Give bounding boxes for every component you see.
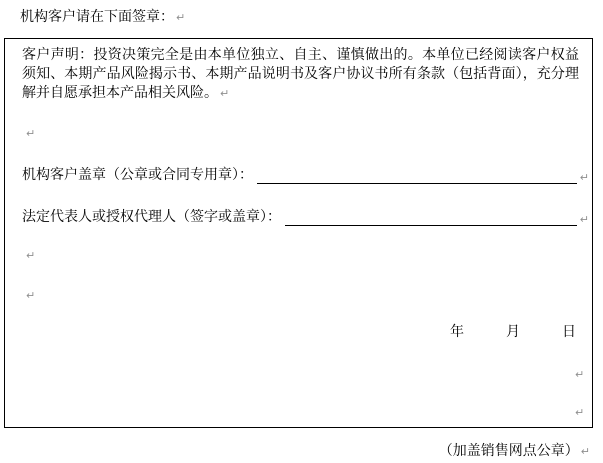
sales-outlet-seal-note: （加盖销售网点公章）↵	[439, 440, 590, 460]
paragraph-mark-icon: ↵	[573, 368, 584, 381]
client-declaration: 客户声明：投资决策完全是由本单位独立、自主、谨慎做出的。本单位已经阅读客户权益须…	[22, 46, 579, 103]
representative-field-row: 法定代表人或授权代理人（签字或盖章）： ↵	[22, 206, 589, 226]
paragraph-mark-icon: ↵	[579, 445, 590, 458]
date-month-label: 月	[506, 321, 520, 341]
paragraph-mark-icon: ↵	[577, 213, 589, 226]
stamp-field-label: 机构客户盖章（公章或合同专用章）：	[22, 164, 257, 184]
date-year-label: 年	[450, 321, 464, 341]
document-page: 机构客户请在下面签章：↵ 客户声明：投资决策完全是由本单位独立、自主、谨慎做出的…	[0, 0, 603, 463]
client-declaration-text: 客户声明：投资决策完全是由本单位独立、自主、谨慎做出的。本单位已经阅读客户权益须…	[22, 48, 579, 101]
declaration-box: 客户声明：投资决策完全是由本单位独立、自主、谨慎做出的。本单位已经阅读客户权益须…	[4, 38, 593, 428]
sales-outlet-seal-note-text: （加盖销售网点公章）	[439, 444, 579, 459]
empty-paragraph: ↵	[24, 248, 35, 264]
paragraph-mark-icon: ↵	[573, 406, 584, 419]
signing-instruction-text: 机构客户请在下面签章：	[20, 10, 174, 25]
paragraph-mark-icon: ↵	[174, 11, 185, 24]
representative-signature-line[interactable]	[285, 209, 577, 226]
stamp-signature-line[interactable]	[257, 167, 577, 184]
paragraph-mark-icon: ↵	[218, 87, 229, 100]
empty-paragraph: ↵	[573, 405, 584, 421]
empty-paragraph: ↵	[24, 126, 35, 142]
date-line: 年 月 日	[450, 321, 576, 341]
empty-paragraph: ↵	[24, 288, 35, 304]
paragraph-mark-icon: ↵	[24, 127, 35, 140]
paragraph-mark-icon: ↵	[24, 249, 35, 262]
paragraph-mark-icon: ↵	[577, 171, 589, 184]
signing-instruction: 机构客户请在下面签章：↵	[20, 6, 185, 26]
empty-paragraph: ↵	[573, 367, 584, 383]
paragraph-mark-icon: ↵	[24, 289, 35, 302]
stamp-field-row: 机构客户盖章（公章或合同专用章）： ↵	[22, 164, 589, 184]
representative-field-label: 法定代表人或授权代理人（签字或盖章）：	[22, 206, 285, 226]
date-day-label: 日	[562, 321, 576, 341]
